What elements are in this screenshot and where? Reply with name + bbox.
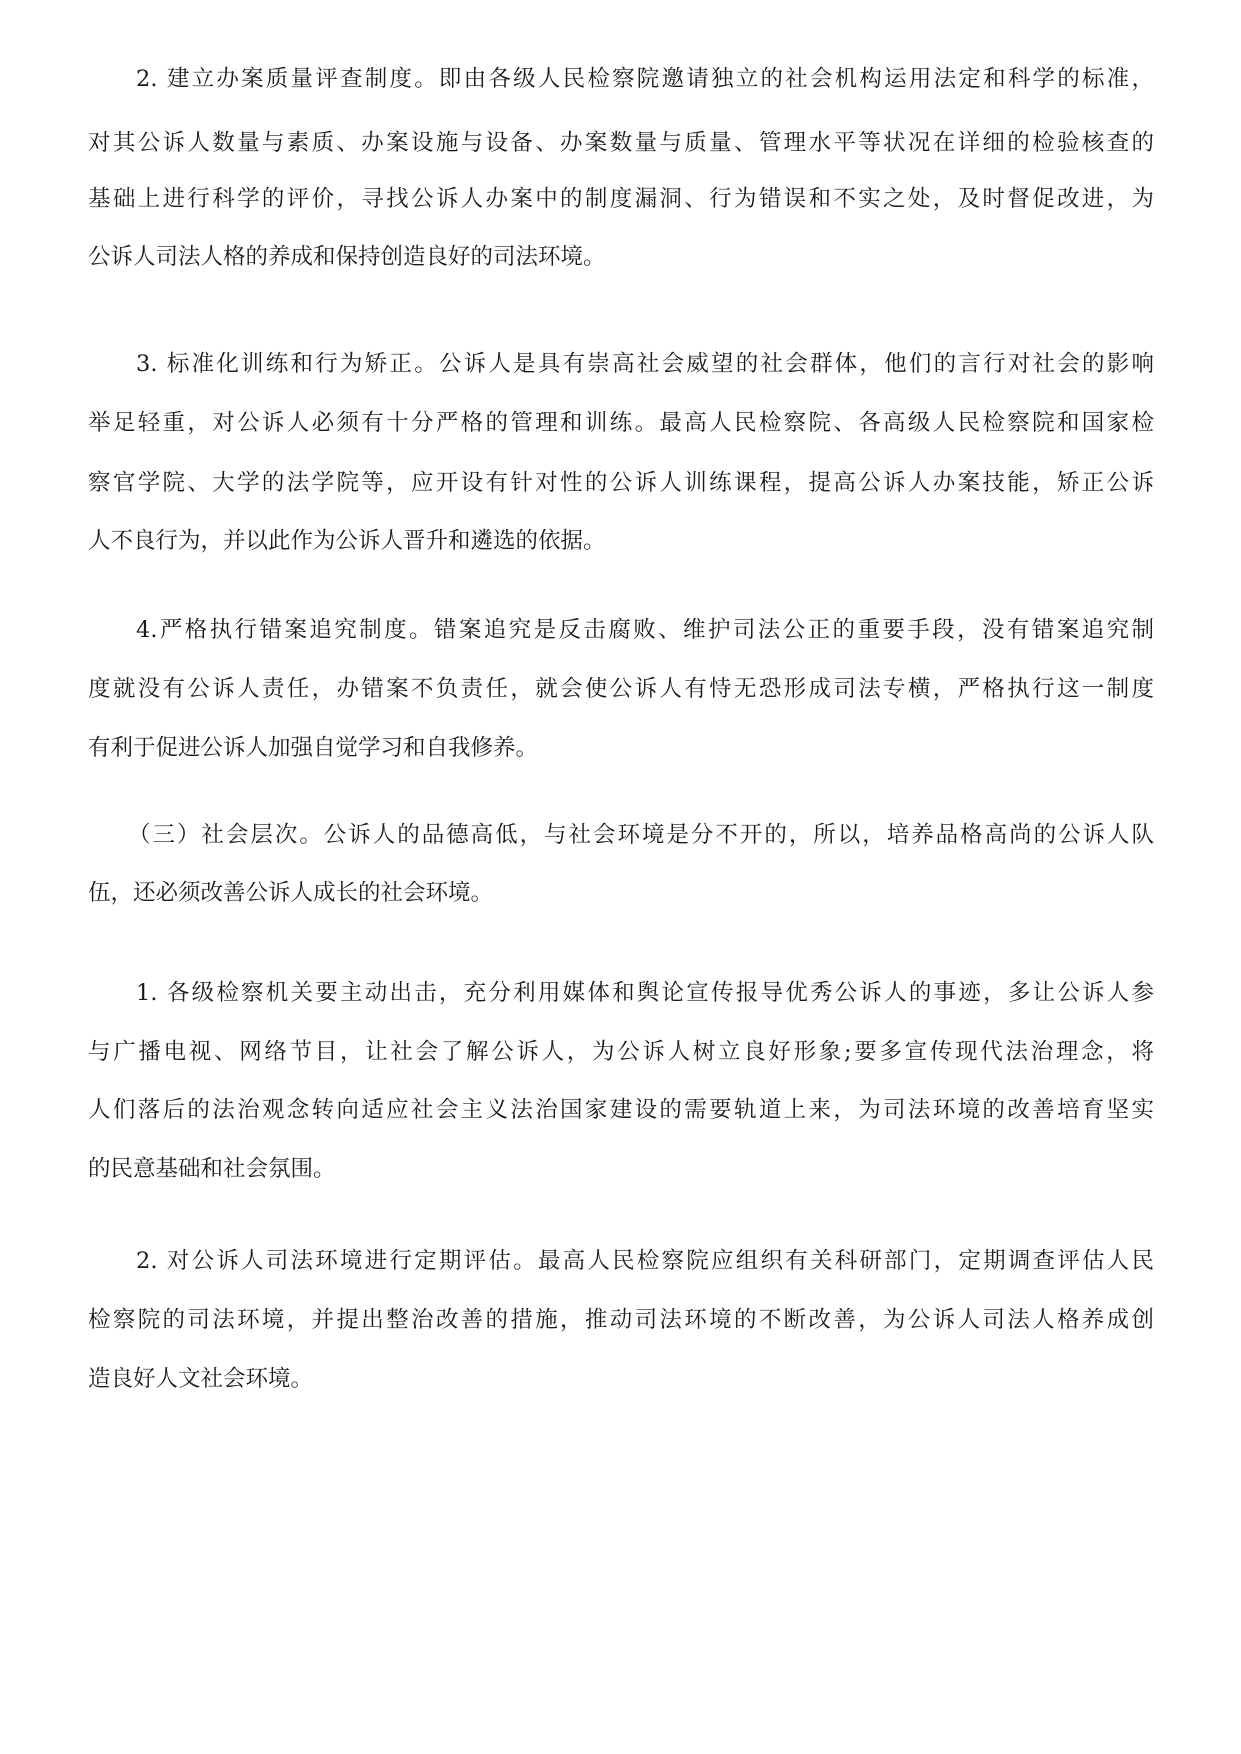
paragraph-line: 度就没有公诉人责任，办错案不负责任，就会使公诉人有恃无恐形成司法专横，严格执行这…	[88, 674, 1154, 704]
paragraph-line: 伍，还必须改善公诉人成长的社会环境。	[88, 878, 1154, 908]
paragraph-line: 察官学院、大学的法学院等，应开设有针对性的公诉人训练课程，提高公诉人办案技能，矫…	[88, 468, 1154, 498]
paragraph-line: 基础上进行科学的评价，寻找公诉人办案中的制度漏洞、行为错误和不实之处，及时督促改…	[88, 184, 1154, 214]
paragraph-line: （三）社会层次。公诉人的品德高低，与社会环境是分不开的，所以，培养品格高尚的公诉…	[128, 820, 1154, 850]
paragraph-line: 举足轻重，对公诉人必须有十分严格的管理和训练。最高人民检察院、各高级人民检察院和…	[88, 408, 1154, 438]
paragraph-line: 对其公诉人数量与素质、办案设施与设备、办案数量与质量、管理水平等状况在详细的检验…	[88, 128, 1154, 158]
paragraph-line: 2. 对公诉人司法环境进行定期评估。最高人民检察院应组织有关科研部门，定期调查评…	[136, 1246, 1154, 1276]
paragraph-line: 人们落后的法治观念转向适应社会主义法治国家建设的需要轨道上来，为司法环境的改善培…	[88, 1095, 1154, 1125]
paragraph-line: 2. 建立办案质量评查制度。即由各级人民检察院邀请独立的社会机构运用法定和科学的…	[136, 64, 1154, 94]
paragraph-line: 与广播电视、网络节目，让社会了解公诉人，为公诉人树立良好形象;要多宣传现代法治理…	[88, 1037, 1154, 1067]
paragraph-line: 4.严格执行错案追究制度。错案追究是反击腐败、维护司法公正的重要手段，没有错案追…	[136, 615, 1154, 645]
paragraph-line: 造良好人文社会环境。	[88, 1364, 1154, 1394]
document-page: 2. 建立办案质量评查制度。即由各级人民检察院邀请独立的社会机构运用法定和科学的…	[0, 0, 1241, 1754]
paragraph-line: 检察院的司法环境，并提出整治改善的措施，推动司法环境的不断改善，为公诉人司法人格…	[88, 1305, 1154, 1335]
paragraph-line: 有利于促进公诉人加强自觉学习和自我修养。	[88, 733, 1154, 763]
paragraph-line: 人不良行为，并以此作为公诉人晋升和遴选的依据。	[88, 526, 1154, 556]
paragraph-line: 的民意基础和社会氛围。	[88, 1154, 1154, 1184]
paragraph-line: 1. 各级检察机关要主动出击，充分利用媒体和舆论宣传报导优秀公诉人的事迹，多让公…	[136, 978, 1154, 1008]
paragraph-line: 3. 标准化训练和行为矫正。公诉人是具有崇高社会威望的社会群体，他们的言行对社会…	[136, 349, 1154, 379]
paragraph-line: 公诉人司法人格的养成和保持创造良好的司法环境。	[88, 242, 1154, 272]
